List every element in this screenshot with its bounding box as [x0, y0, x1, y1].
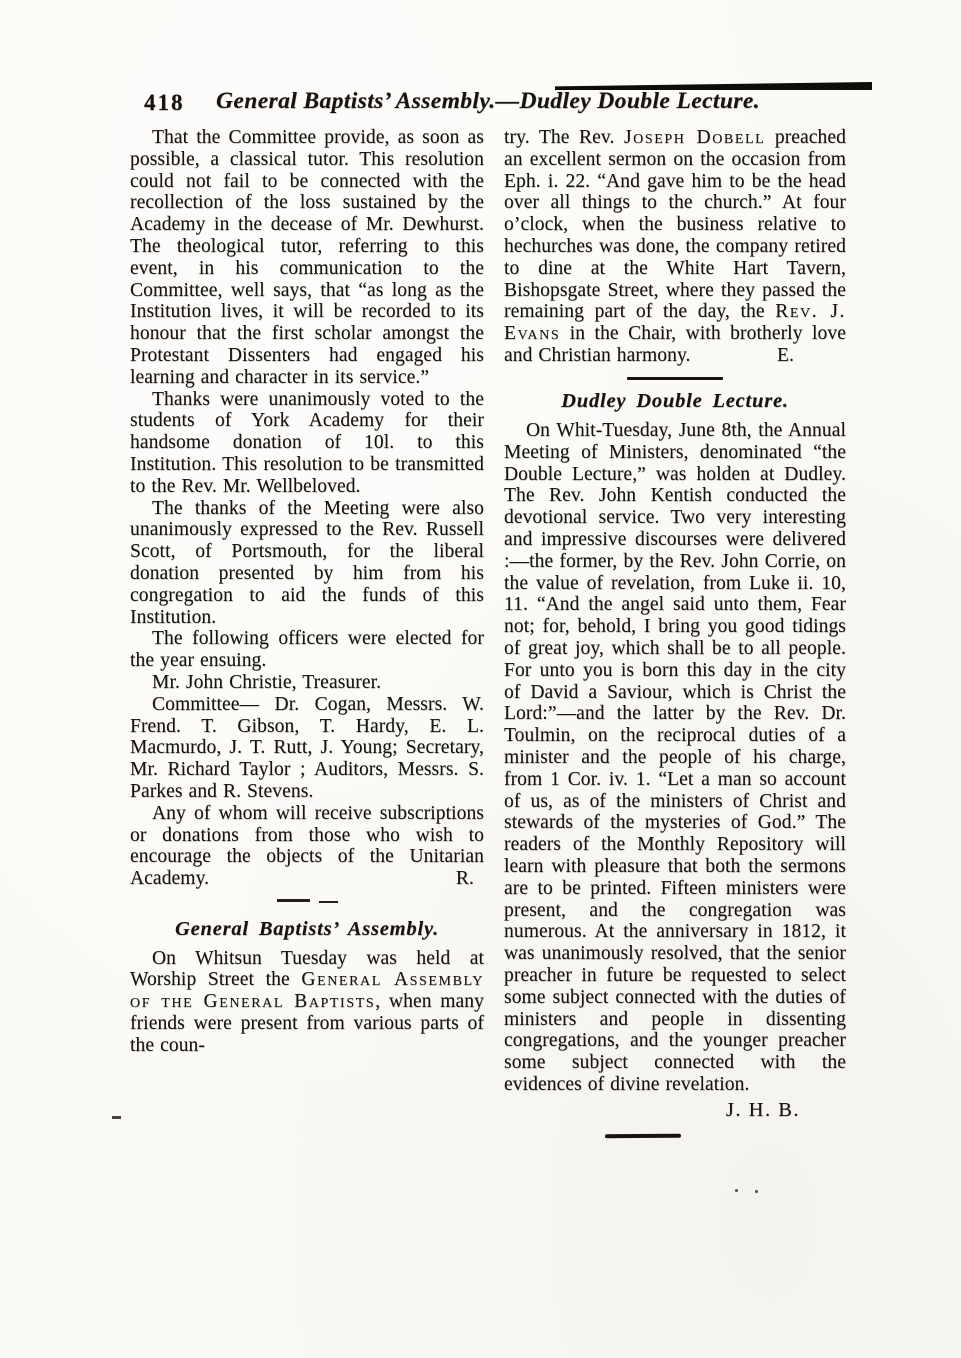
- signature-initial-r: R.: [434, 868, 474, 890]
- end-divider-rule: [605, 1133, 681, 1138]
- paragraph-thanks-york-academy: Thanks were unanimously voted to the stu…: [130, 389, 484, 498]
- running-title: General Baptists’ Assembly.—Dudley Doubl…: [216, 88, 760, 115]
- scan-artifact-dots: [735, 1189, 761, 1192]
- divider-dash: [277, 899, 310, 902]
- page-header: 418 General Baptists’ Assembly.—Dudley D…: [130, 88, 846, 115]
- paragraph-officers-elected: The following officers were elected for …: [130, 628, 484, 672]
- two-column-text-block: That the Committee provide, as soon as p…: [130, 127, 846, 1138]
- left-column: That the Committee provide, as soon as p…: [130, 127, 484, 1138]
- smallcaps-joseph-dobell: Joseph Dobell: [624, 127, 765, 148]
- section-heading-dudley-double-lecture: Dudley Double Lecture.: [504, 391, 846, 413]
- paragraph-thanks-russell-scott: The thanks of the Meeting were also unan…: [130, 498, 484, 629]
- divider-dash: [319, 901, 338, 904]
- paragraph-text: try. The Rev.: [504, 127, 624, 148]
- page-number: 418: [144, 90, 185, 116]
- section-divider-dashes: [130, 894, 484, 908]
- scanned-periodical-page: 418 General Baptists’ Assembly.—Dudley D…: [0, 0, 961, 1358]
- section-heading-general-baptists-assembly: General Baptists’ Assembly.: [130, 919, 484, 941]
- paragraph-dudley-lecture-report: On Whit-Tuesday, June 8th, the Annual Me…: [504, 420, 846, 1096]
- paragraph-dobell-sermon: try. The Rev. Joseph Dobell preached an …: [504, 127, 846, 367]
- paragraph-text: Any of whom will receive subscriptions o…: [130, 803, 484, 889]
- paragraph-text: preached an excellent sermon on the occa…: [504, 127, 846, 322]
- scan-artifact-dash: [112, 1116, 121, 1119]
- paragraph-subscriptions: Any of whom will receive subscriptions o…: [130, 803, 484, 890]
- signature-j-h-b: J. H. B.: [504, 1100, 846, 1122]
- right-column: try. The Rev. Joseph Dobell preached an …: [504, 127, 846, 1138]
- section-divider-rule: [627, 377, 723, 381]
- paragraph-treasurer: Mr. John Christie, Treasurer.: [130, 672, 484, 694]
- paragraph-whitsun-tuesday: On Whitsun Tuesday was held at Worship S…: [130, 948, 484, 1057]
- signature-initial-e: E.: [777, 345, 794, 367]
- paragraph-committee-members: Committee— Dr. Cogan, Messrs. W. Frend. …: [130, 694, 484, 803]
- paragraph-committee-resolution: That the Committee provide, as soon as p…: [130, 127, 484, 389]
